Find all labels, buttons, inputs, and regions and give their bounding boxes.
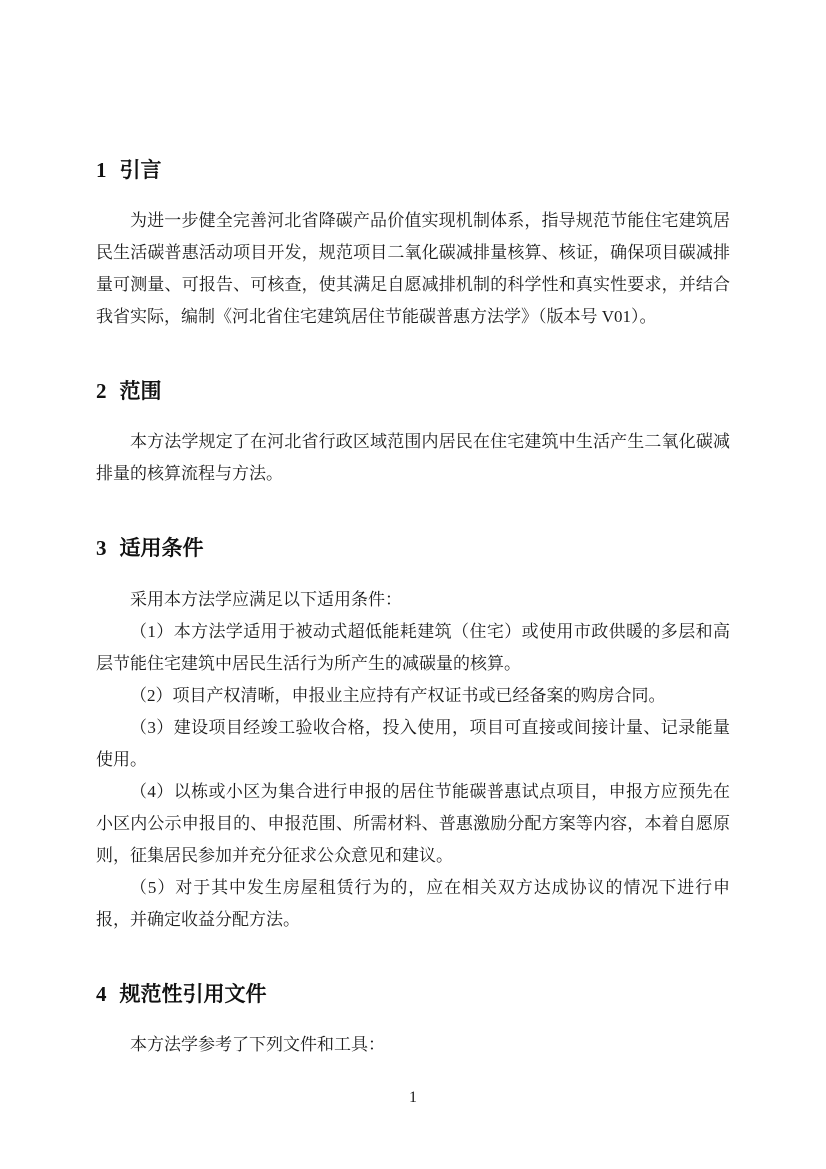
section-3-title: 适用条件 (120, 536, 204, 560)
section-4-heading: 4规范性引用文件 (96, 982, 730, 1007)
paragraph-condition-2: （2）项目产权清晰，申报业主应持有产权证书或已经备案的购房合同。 (96, 680, 730, 712)
section-normative-references: 4规范性引用文件 本方法学参考了下列文件和工具： (96, 982, 730, 1061)
paragraph-condition-5: （5）对于其中发生房屋租赁行为的，应在相关双方达成协议的情况下进行申报，并确定收… (96, 872, 730, 936)
section-3-heading: 3适用条件 (96, 536, 730, 561)
paragraph-condition-4: （4）以栋或小区为集合进行申报的居住节能碳普惠试点项目，申报方应预先在小区内公示… (96, 776, 730, 872)
document-page: 1引言 为进一步健全完善河北省降碳产品价值实现机制体系，指导规范节能住宅建筑居民… (0, 0, 826, 1169)
section-2-heading: 2范围 (96, 379, 730, 404)
section-4-number: 4 (96, 982, 107, 1007)
section-introduction: 1引言 为进一步健全完善河北省降碳产品价值实现机制体系，指导规范节能住宅建筑居民… (96, 158, 730, 333)
section-1-number: 1 (96, 158, 107, 183)
paragraph: 为进一步健全完善河北省降碳产品价值实现机制体系，指导规范节能住宅建筑居民生活碳普… (96, 205, 730, 333)
paragraph: 本方法学规定了在河北省行政区域范围内居民在住宅建筑中生活产生二氧化碳减排量的核算… (96, 426, 730, 490)
paragraph-condition-1: （1）本方法学适用于被动式超低能耗建筑（住宅）或使用市政供暖的多层和高层节能住宅… (96, 616, 730, 680)
paragraph: 本方法学参考了下列文件和工具： (96, 1029, 730, 1061)
section-1-heading: 1引言 (96, 158, 730, 183)
section-applicability-conditions: 3适用条件 采用本方法学应满足以下适用条件： （1）本方法学适用于被动式超低能耗… (96, 536, 730, 935)
section-4-title: 规范性引用文件 (120, 982, 267, 1006)
section-1-title: 引言 (120, 158, 162, 182)
section-2-title: 范围 (120, 379, 162, 403)
section-scope: 2范围 本方法学规定了在河北省行政区域范围内居民在住宅建筑中生活产生二氧化碳减排… (96, 379, 730, 490)
section-2-number: 2 (96, 379, 107, 404)
section-3-number: 3 (96, 536, 107, 561)
paragraph: 采用本方法学应满足以下适用条件： (96, 584, 730, 616)
paragraph-condition-3: （3）建设项目经竣工验收合格，投入使用，项目可直接或间接计量、记录能量使用。 (96, 712, 730, 776)
page-number: 1 (0, 1088, 826, 1108)
